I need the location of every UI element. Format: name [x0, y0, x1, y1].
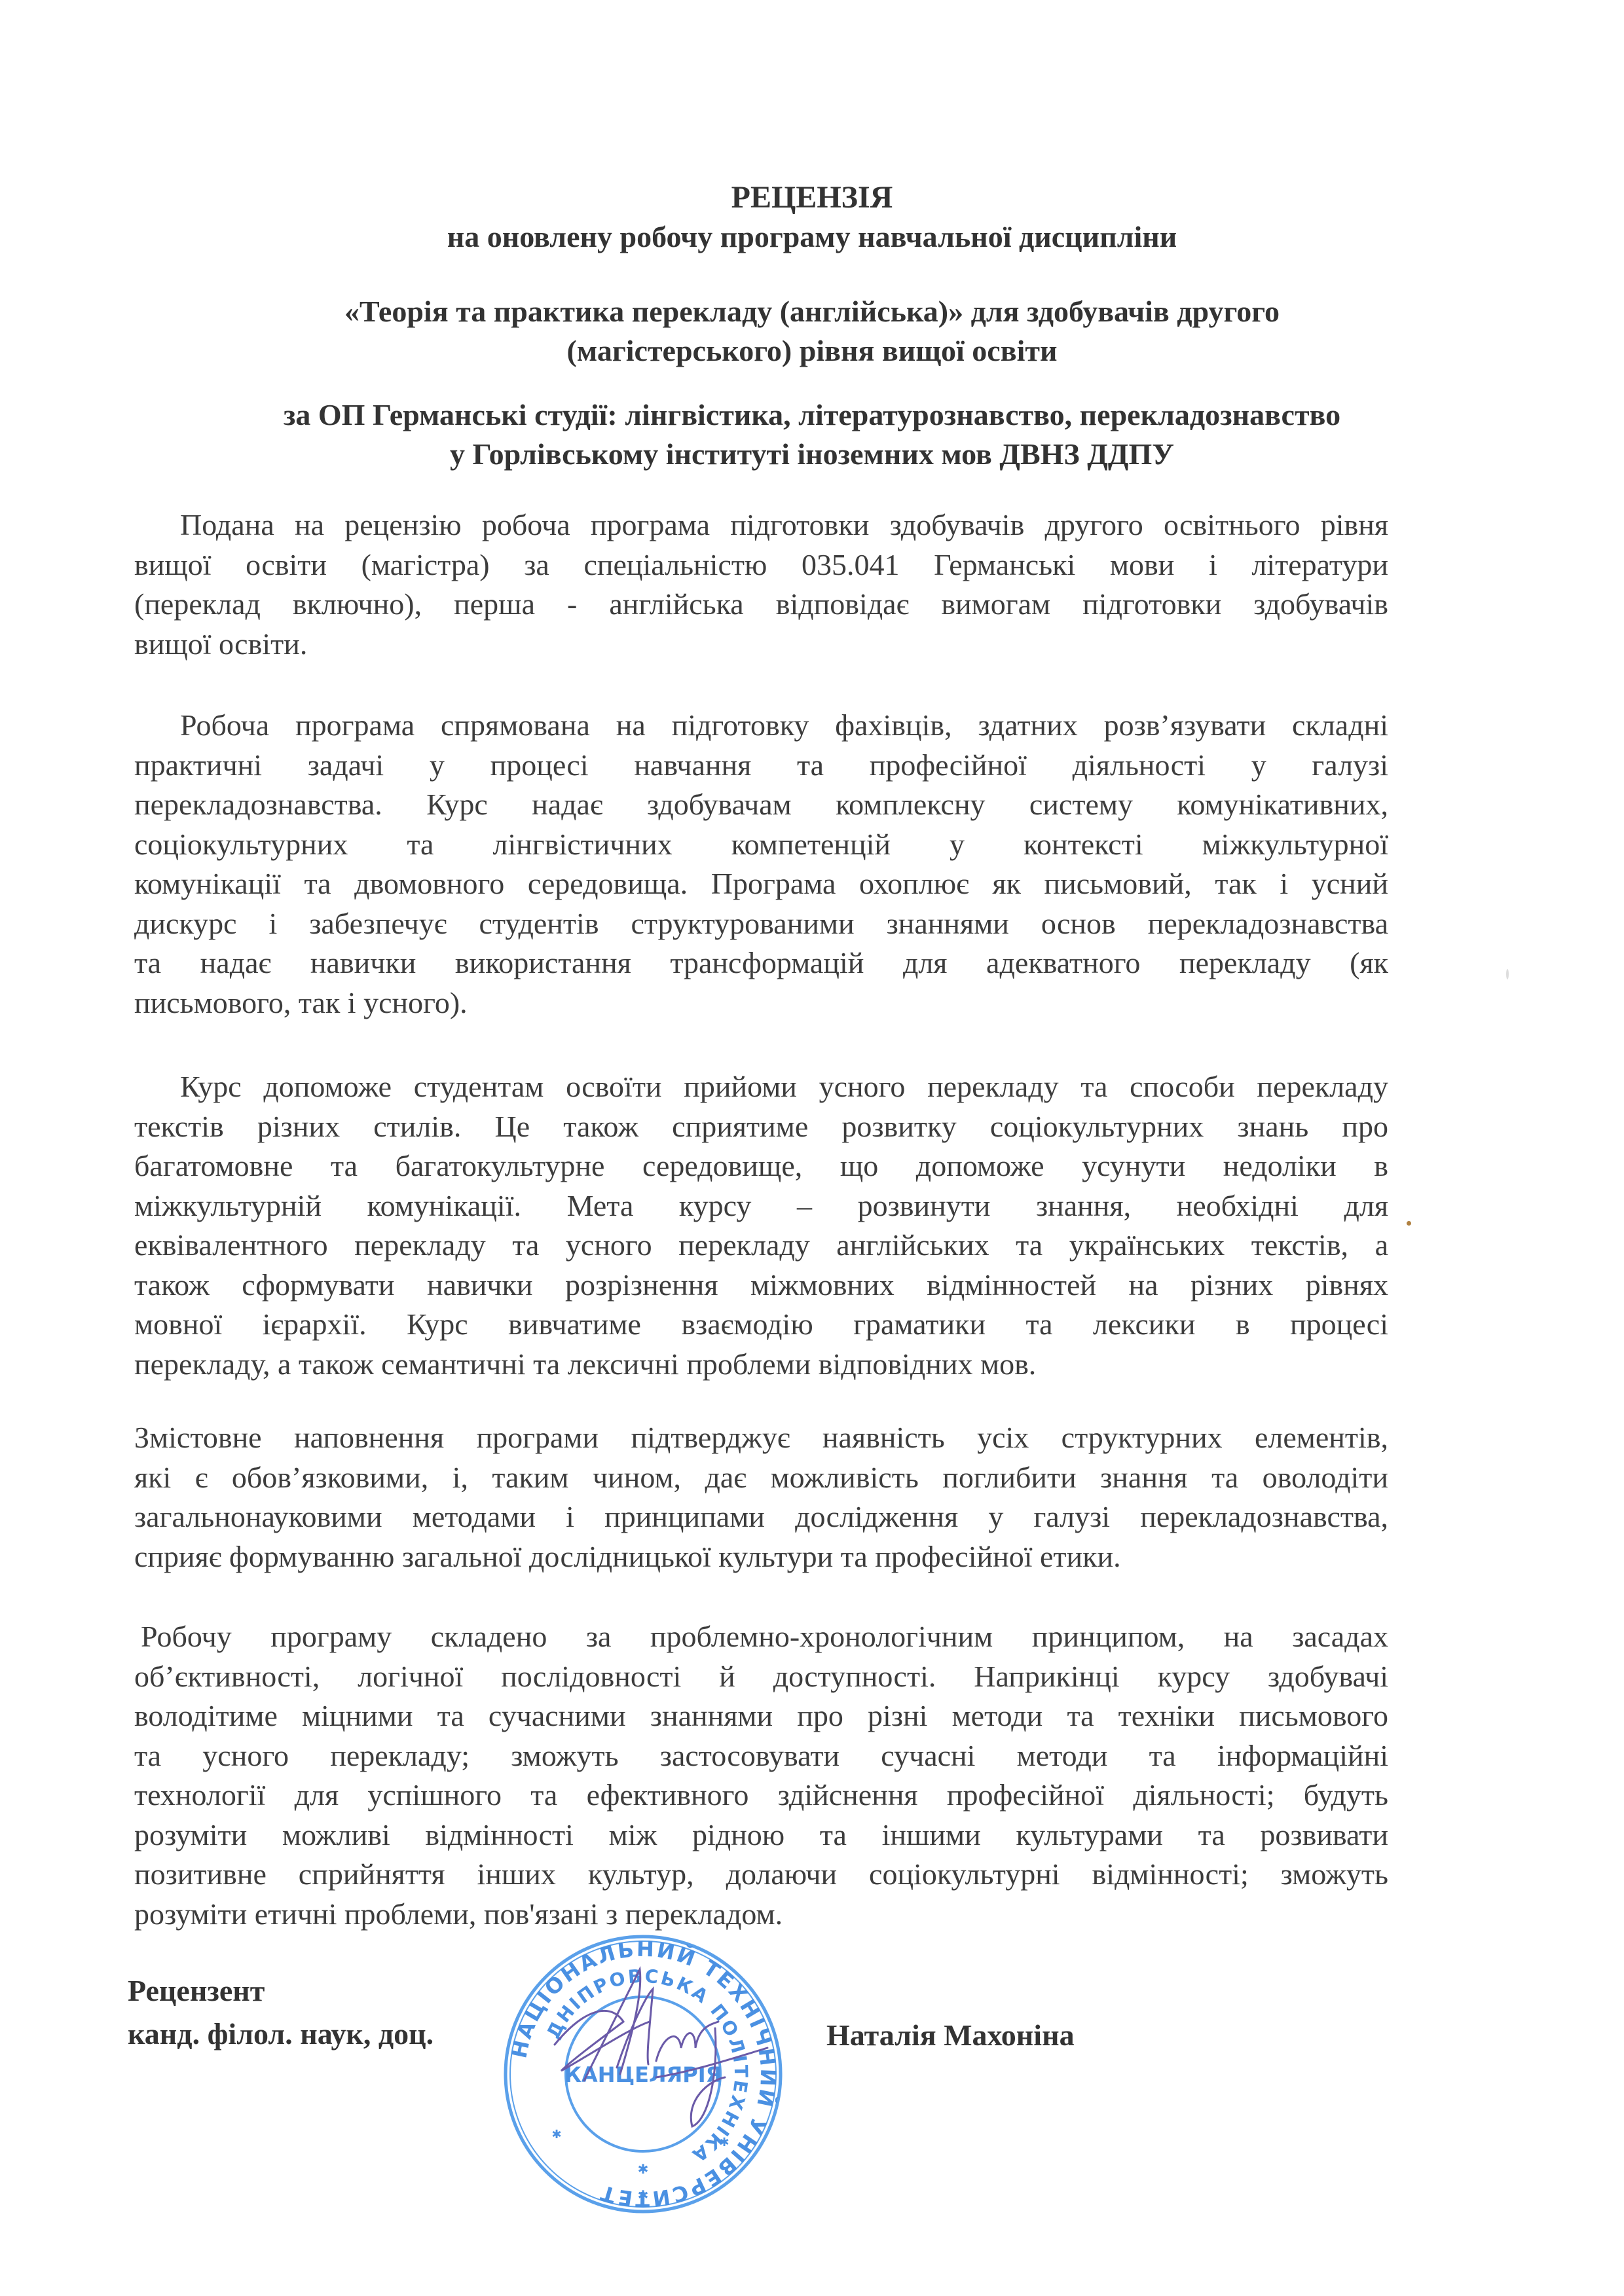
- paragraph-line: та надає навички використання трансформа…: [134, 943, 1388, 983]
- course-title-line-1: «Теорія та практика перекладу (англійськ…: [0, 292, 1624, 331]
- stamp-star-icon: ✱: [638, 2189, 649, 2203]
- paragraph-line: Робочу програму складено за проблемно-хр…: [134, 1617, 1388, 1657]
- official-stamp: НАЦІОНАЛЬНИЙ ТЕХНІЧНИЙ УНІВЕРСИТЕТ ДНІПР…: [499, 1930, 787, 2218]
- paragraph-line: міжкультурній комунікації. Мета курсу – …: [134, 1186, 1388, 1226]
- paragraph-line: письмового, так і усного).: [134, 983, 1388, 1023]
- paragraph-2: Робоча програма спрямована на підготовку…: [134, 706, 1388, 1023]
- paragraph-3: Курс допоможе студентам освоїти прийоми …: [134, 1067, 1388, 1384]
- document-subtitle: на оновлену робочу програму навчальної д…: [0, 217, 1624, 257]
- stamp-star-icon: ✱: [719, 2136, 729, 2149]
- paragraph-line: Курс допоможе студентам освоїти прийоми …: [134, 1067, 1388, 1107]
- stamp-star-icon: ✱: [551, 2128, 561, 2141]
- paragraph-line: вищої освіти.: [134, 625, 1388, 665]
- paragraph-line: дискурс і забезпечує студентів структуро…: [134, 904, 1388, 944]
- program-line-1: за ОП Германські студії: лінгвістика, лі…: [0, 395, 1624, 435]
- paragraph-line: багатомовне та багатокультурне середовищ…: [134, 1146, 1388, 1186]
- paragraph-line: Змістовне наповнення програми підтверджу…: [134, 1418, 1388, 1458]
- paragraph-line: перекладознавства. Курс надає здобувачам…: [134, 785, 1388, 825]
- paragraph-line: мовної ієрархії. Курс вивчатиме взаємоді…: [134, 1305, 1388, 1345]
- paragraph-1: Подана на рецензію робоча програма підго…: [134, 505, 1388, 664]
- document-heading: РЕЦЕНЗІЯ на оновлену робочу програму нав…: [0, 178, 1624, 257]
- reviewer-role: Рецензент: [128, 1972, 265, 2010]
- document-title: РЕЦЕНЗІЯ: [0, 178, 1624, 217]
- reviewer-degree: канд. філол. наук, доц.: [128, 2015, 434, 2053]
- paragraph-4: Змістовне наповнення програми підтверджу…: [134, 1418, 1388, 1576]
- course-title-line-2: (магістерського) рівня вищої освіти: [0, 331, 1624, 371]
- program-block: за ОП Германські студії: лінгвістика, лі…: [0, 395, 1624, 474]
- paragraph-line: текстів різних стилів. Це також сприятим…: [134, 1107, 1388, 1147]
- scan-speck: [1407, 1221, 1411, 1226]
- paragraph-line: розуміти етичні проблеми, пов'язані з пе…: [134, 1895, 1388, 1935]
- paragraph-5: Робочу програму складено за проблемно-хр…: [134, 1617, 1388, 1934]
- paragraph-line: перекладу, а також семантичні та лексичн…: [134, 1345, 1388, 1385]
- stamp-seal-icon: НАЦІОНАЛЬНИЙ ТЕХНІЧНИЙ УНІВЕРСИТЕТ ДНІПР…: [499, 1930, 787, 2218]
- paragraph-line: об’єктивності, логічної послідовності й …: [134, 1657, 1388, 1697]
- reviewer-name: Наталія Махоніна: [826, 2016, 1075, 2054]
- paragraph-line: розуміти можливі відмінності між рідною …: [134, 1815, 1388, 1855]
- paragraph-line: позитивне сприйняття інших культур, дола…: [134, 1855, 1388, 1895]
- program-line-2: у Горлівському інституті іноземних мов Д…: [0, 435, 1624, 474]
- stamp-star-icon: ✱: [638, 2162, 649, 2177]
- paragraph-line: сприяє формуванню загальної дослідницько…: [134, 1537, 1388, 1577]
- paragraph-line: також сформувати навички розрізнення між…: [134, 1266, 1388, 1305]
- paragraph-line: загальнонауковими методами і принципами …: [134, 1497, 1388, 1537]
- document-page: РЕЦЕНЗІЯ на оновлену робочу програму нав…: [0, 0, 1624, 2296]
- scan-speck: [1506, 969, 1509, 979]
- course-title-block: «Теорія та практика перекладу (англійськ…: [0, 292, 1624, 371]
- paragraph-line: та усного перекладу; зможуть застосовува…: [134, 1736, 1388, 1776]
- paragraph-line: володітиме міцними та сучасними знаннями…: [134, 1696, 1388, 1736]
- paragraph-line: соціокультурних та лінгвістичних компете…: [134, 825, 1388, 865]
- paragraph-line: практичні задачі у процесі навчання та п…: [134, 746, 1388, 786]
- paragraph-line: Робоча програма спрямована на підготовку…: [134, 706, 1388, 746]
- paragraph-line: комунікації та двомовного середовища. Пр…: [134, 864, 1388, 904]
- paragraph-line: Подана на рецензію робоча програма підго…: [134, 505, 1388, 545]
- paragraph-line: (переклад включно), перша - англійська в…: [134, 585, 1388, 625]
- paragraph-line: технології для успішного та ефективного …: [134, 1776, 1388, 1815]
- paragraph-line: еквівалентного перекладу та усного перек…: [134, 1226, 1388, 1266]
- paragraph-line: вищої освіти (магістра) за спеціальністю…: [134, 545, 1388, 585]
- paragraph-line: які є обов’язковими, і, таким чином, дає…: [134, 1458, 1388, 1498]
